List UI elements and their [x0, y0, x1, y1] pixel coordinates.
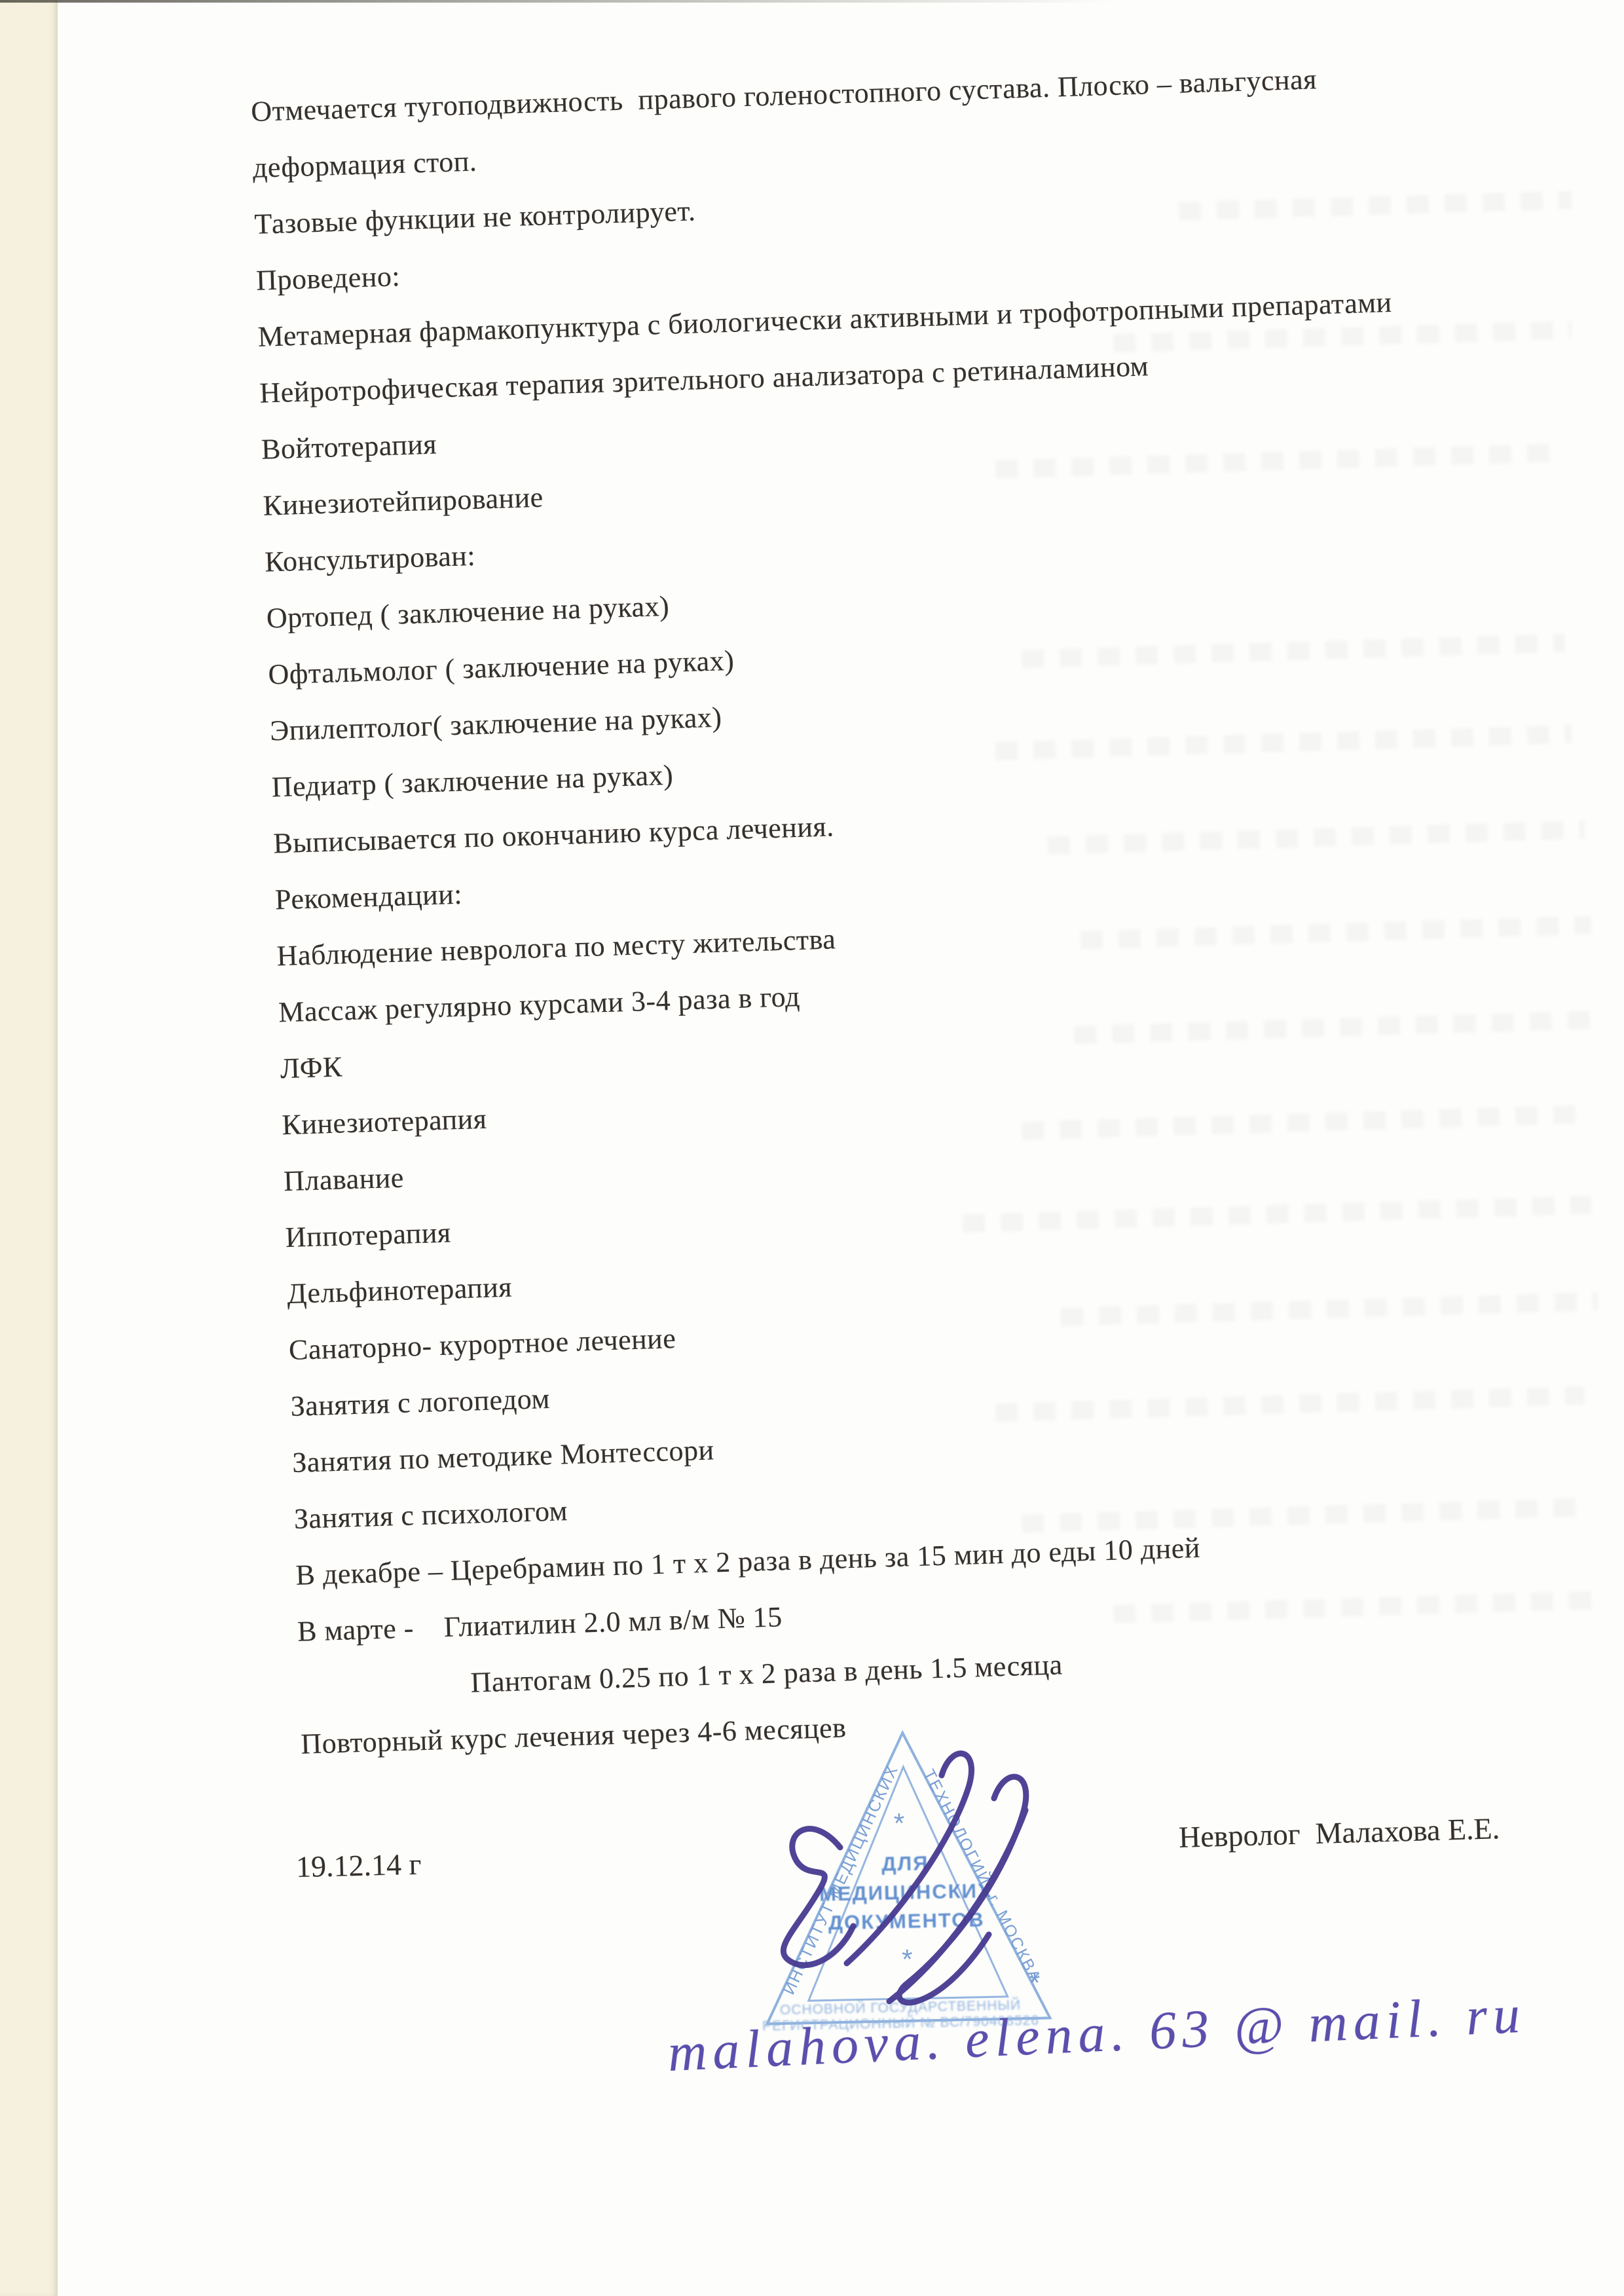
- doctor-signature-ink: [732, 1726, 1112, 2034]
- scan-top-edge: [0, 0, 1113, 3]
- body-text: Отмечается тугоподвижность правого голен…: [250, 42, 1624, 1772]
- report-date: 19.12.14 г: [295, 1847, 422, 1884]
- scan-edge-strip: [0, 0, 58, 2296]
- scanned-page: Отмечается тугоподвижность правого голен…: [0, 0, 1624, 2296]
- doctor-signature-label: Невролог Малахова Е.Е.: [1178, 1811, 1500, 1855]
